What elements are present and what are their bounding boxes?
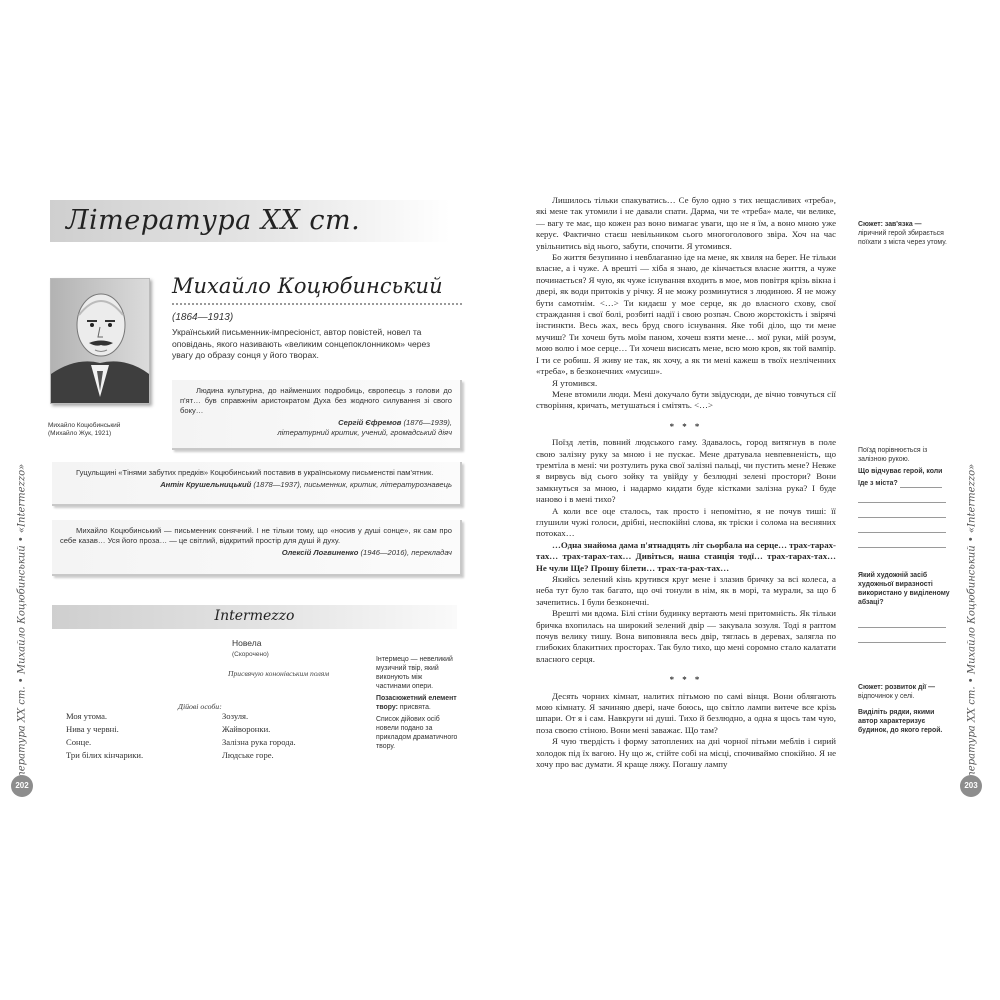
author-portrait	[50, 278, 150, 404]
story-paragraph: …Одна знайома дама п'ятнадцять літ сьорб…	[536, 540, 836, 574]
quote-source: Олексій Логвиненко (1946—2016), переклад…	[60, 548, 452, 558]
answer-line[interactable]	[858, 488, 946, 503]
margin-note-question: Який художній засіб художньої виразності…	[858, 571, 950, 643]
author-name: Михайло Коцюбинський	[172, 274, 443, 298]
quote-author-years: (1876—1939),	[403, 418, 452, 427]
portrait-image-icon	[51, 279, 149, 403]
story-paragraph: Якийсь зелений кінь крутився круг мене і…	[536, 574, 836, 608]
answer-line[interactable]	[858, 518, 946, 533]
note-task: Виділіть рядки, якими автор характеризує…	[858, 708, 950, 735]
quote-author: Олексій Логвиненко	[282, 548, 359, 557]
portrait-caption-credit: (Михайло Жук, 1921)	[48, 430, 158, 438]
quote-box: Гуцульщині «Тінями забутих предків» Коцю…	[52, 462, 462, 506]
answer-line[interactable]	[858, 503, 946, 518]
portrait-caption-name: Михайло Коцюбинський	[48, 422, 158, 430]
cast-title: Дійові особи:	[178, 702, 222, 711]
quote-author-years: (1946—2016),	[361, 548, 410, 557]
section-title-bar: Література XX ст.	[50, 200, 450, 242]
story-paragraph: Врешті ми вдома. Білі стіни будинку верт…	[536, 608, 836, 665]
genre-label: Новела	[232, 638, 261, 648]
answer-line[interactable]	[858, 613, 946, 628]
note-question: Який художній засіб художньої виразності…	[858, 571, 950, 607]
quote-source: Сергій Єфремов (1876—1939), літературний…	[180, 418, 452, 438]
story-paragraph: Поїзд летів, повний людського гаму. Здав…	[536, 437, 836, 505]
portrait-caption: Михайло Коцюбинський (Михайло Жук, 1921)	[48, 422, 158, 438]
cast-member: Нива у червні.	[66, 723, 143, 736]
page-number-right: 203	[960, 775, 982, 797]
cast-member: Три білих кінчарики.	[66, 749, 143, 762]
note-text: відпочинок у селі.	[858, 693, 915, 700]
quote-text: Михайло Коцюбинський — письменник сонячн…	[60, 526, 452, 546]
running-head-text: Література XX ст. • Михайло Коцюбинський…	[967, 464, 978, 792]
margin-note-question: Поїзд порівнюється із залізною рукою. Що…	[858, 446, 950, 548]
extra-note: Список дійових осіб новели подано за при…	[376, 715, 458, 751]
note-label: Сюжет: зав'язка —	[858, 221, 921, 228]
story-paragraph: Десять чорних кімнат, налитих пітьмою по…	[536, 691, 836, 737]
author-years: (1864—1913)	[172, 312, 233, 323]
story-paragraph: А коли все оце сталось, так просто і неп…	[536, 506, 836, 540]
quote-author: Сергій Єфремов	[338, 418, 401, 427]
quote-author-years: (1878—1937),	[253, 480, 302, 489]
quote-author-role: перекладач	[411, 548, 452, 557]
note-question: Що відчуває герой, коли	[858, 467, 950, 476]
cast-member: Жайворонки.	[222, 723, 296, 736]
author-bio: Український письменник-імпресіоніст, авт…	[172, 327, 442, 362]
quote-box: Людина культурна, до найменших подробиць…	[172, 380, 462, 450]
cast-member: Сонце.	[66, 736, 143, 749]
section-separator: * * *	[536, 674, 836, 685]
quote-source: Антін Крушельницький (1878—1937), письме…	[60, 480, 452, 490]
quote-box: Михайло Коцюбинський — письменник сонячн…	[52, 520, 462, 576]
cast-list-left: Моя утома.Нива у червні.Сонце.Три білих …	[66, 710, 143, 762]
story-paragraph: Бо життя безупинно і невблаганно іде на …	[536, 252, 836, 377]
running-head-right: Література XX ст. • Михайло Коцюбинський…	[962, 478, 982, 778]
intermezzo-title-bar: Intermezzo	[52, 605, 457, 629]
answer-line[interactable]	[858, 533, 946, 548]
cast-list-right: Зозуля.Жайворонки.Залізна рука города.Лю…	[222, 710, 296, 762]
author-divider	[172, 303, 462, 305]
story-text: Лишилось тільки спакуватись… Се було одн…	[536, 195, 836, 771]
section-title: Література XX ст.	[66, 205, 360, 236]
answer-line[interactable]	[900, 479, 942, 488]
note-label: Сюжет: розвиток дії —	[858, 684, 935, 691]
genre-note: (Скорочено)	[232, 651, 269, 658]
cast-member: Моя утома.	[66, 710, 143, 723]
story-paragraph: Я чую твердість і форму затоплених на дн…	[536, 736, 836, 770]
story-paragraph: Я утомився.	[536, 378, 836, 389]
intermezzo-title: Intermezzo	[52, 608, 457, 624]
term-value: присвята.	[400, 704, 431, 711]
story-paragraph: Мене втомили люди. Мені докучало бути зв…	[536, 389, 836, 412]
note-text: Поїзд порівнюється із залізною рукою.	[858, 446, 950, 464]
note-question-end: їде з міста?	[858, 480, 898, 487]
quote-text: Гуцульщині «Тінями забутих предків» Коцю…	[60, 468, 452, 478]
cast-member: Людське горе.	[222, 749, 296, 762]
answer-line[interactable]	[858, 628, 946, 643]
intermezzo-side-note: Інтермецо — невеликий музичний твір, яки…	[376, 655, 458, 754]
quote-author-role: письменник, критик, літературознавець	[304, 480, 452, 489]
page-number-left: 202	[11, 775, 33, 797]
cast-member: Залізна рука города.	[222, 736, 296, 749]
quote-text: Людина культурна, до найменших подробиць…	[180, 386, 452, 416]
margin-note-plot-exposition: Сюжет: зав'язка — ліричний герой збираєт…	[858, 220, 950, 247]
quote-author-role: літературний критик, учений, громадський…	[277, 428, 452, 437]
cast-member: Зозуля.	[222, 710, 296, 723]
dedication: Присвячую кононівським полям	[228, 669, 329, 678]
note-text: ліричний герой збирається поїхати з міст…	[858, 230, 947, 246]
running-head-left: Література XX ст. • Михайло Коцюбинський…	[12, 478, 32, 778]
story-paragraph: Лишилось тільки спакуватись… Се було одн…	[536, 195, 836, 252]
margin-note-plot-development: Сюжет: розвиток дії — відпочинок у селі.…	[858, 683, 950, 735]
term-note: Позасюжетний елемент твору: присвята.	[376, 694, 458, 712]
quote-author: Антін Крушельницький	[160, 480, 251, 489]
section-separator: * * *	[536, 421, 836, 432]
definition-note: Інтермецо — невеликий музичний твір, яки…	[376, 655, 458, 691]
running-head-text: Література XX ст. • Михайло Коцюбинський…	[17, 464, 28, 792]
